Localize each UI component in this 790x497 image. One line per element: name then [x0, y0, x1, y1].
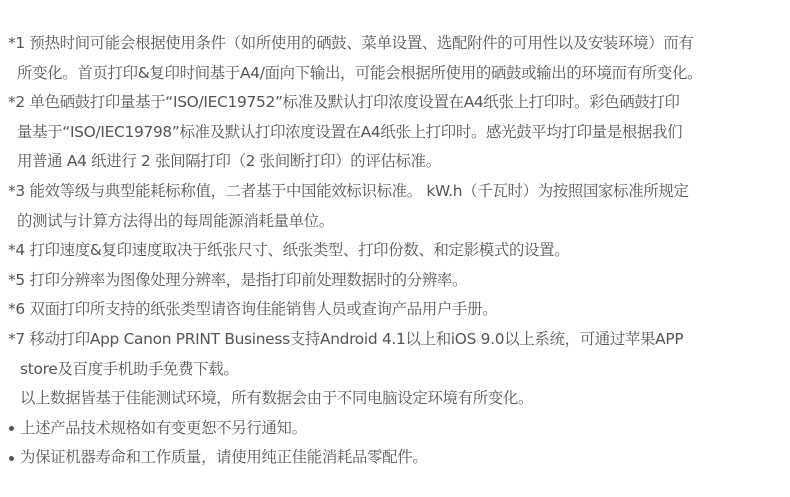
footnote-line: 用普通 A4 纸进行 2 张间隔打印（2 张间断打印）的评估标准。	[8, 147, 790, 177]
footnote-line: 量基于“ISO/IEC19798”标准及默认打印浓度设置在A4纸张上打印时。感光…	[8, 118, 790, 148]
footnote-5: *5 打印分辨率为图像处理分辨率，是指打印前处理数据时的分辨率。	[8, 266, 790, 296]
footnote-line: *4 打印速度&复印速度取决于纸张尺寸、纸张类型、打印份数、和定影模式的设置。	[8, 236, 790, 266]
footnote-line: *2 单色硒鼓打印量基于“ISO/IEC19752”标准及默认打印浓度设置在A4…	[8, 88, 790, 118]
footnote-7: *7 移动打印App Canon PRINT Business支持Android…	[8, 325, 790, 414]
bullet-text: 上述产品技术规格如有变更恕不另行通知。	[20, 414, 307, 444]
footnote-line: *3 能效等级与典型能耗标称值，二者基于中国能效标识标准。 kW.h（千瓦时）为…	[8, 177, 790, 207]
footnote-line: 所变化。首页打印&复印时间基于A4/面向下输出，可能会根据所使用的硒鼓或输出的环…	[8, 59, 790, 89]
footnote-line: store及百度手机助手免费下载。	[8, 355, 790, 385]
footnote-6: *6 双面打印所支持的纸张类型请咨询佳能销售人员或查询产品用户手册。	[8, 295, 790, 325]
footnote-line: *1 预热时间可能会根据使用条件（如所使用的硒鼓、菜单设置、选配附件的可用性以及…	[8, 29, 790, 59]
bullet-text: 为保证机器寿命和工作质量，请使用纯正佳能消耗品零配件。	[20, 443, 427, 473]
spec-footnotes: *1 预热时间可能会根据使用条件（如所使用的硒鼓、菜单设置、选配附件的可用性以及…	[8, 29, 790, 473]
footnote-line: *6 双面打印所支持的纸张类型请咨询佳能销售人员或查询产品用户手册。	[8, 295, 790, 325]
bullet-dot-icon	[9, 456, 14, 461]
footnote-1: *1 预热时间可能会根据使用条件（如所使用的硒鼓、菜单设置、选配附件的可用性以及…	[8, 29, 790, 88]
footnote-4: *4 打印速度&复印速度取决于纸张尺寸、纸张类型、打印份数、和定影模式的设置。	[8, 236, 790, 266]
footnote-line: *7 移动打印App Canon PRINT Business支持Android…	[8, 325, 790, 355]
bullet-item: 上述产品技术规格如有变更恕不另行通知。	[8, 414, 790, 444]
footnote-line: *5 打印分辨率为图像处理分辨率，是指打印前处理数据时的分辨率。	[8, 266, 790, 296]
footnote-line: 以上数据皆基于佳能测试环境，所有数据会由于不同电脑设定环境有所变化。	[8, 384, 790, 414]
bullet-item: 为保证机器寿命和工作质量，请使用纯正佳能消耗品零配件。	[8, 443, 790, 473]
footnote-2: *2 单色硒鼓打印量基于“ISO/IEC19752”标准及默认打印浓度设置在A4…	[8, 88, 790, 177]
footnote-3: *3 能效等级与典型能耗标称值，二者基于中国能效标识标准。 kW.h（千瓦时）为…	[8, 177, 790, 236]
footnote-line: 的测试与计算方法得出的每周能源消耗量单位。	[8, 207, 790, 237]
bullet-dot-icon	[9, 426, 14, 431]
